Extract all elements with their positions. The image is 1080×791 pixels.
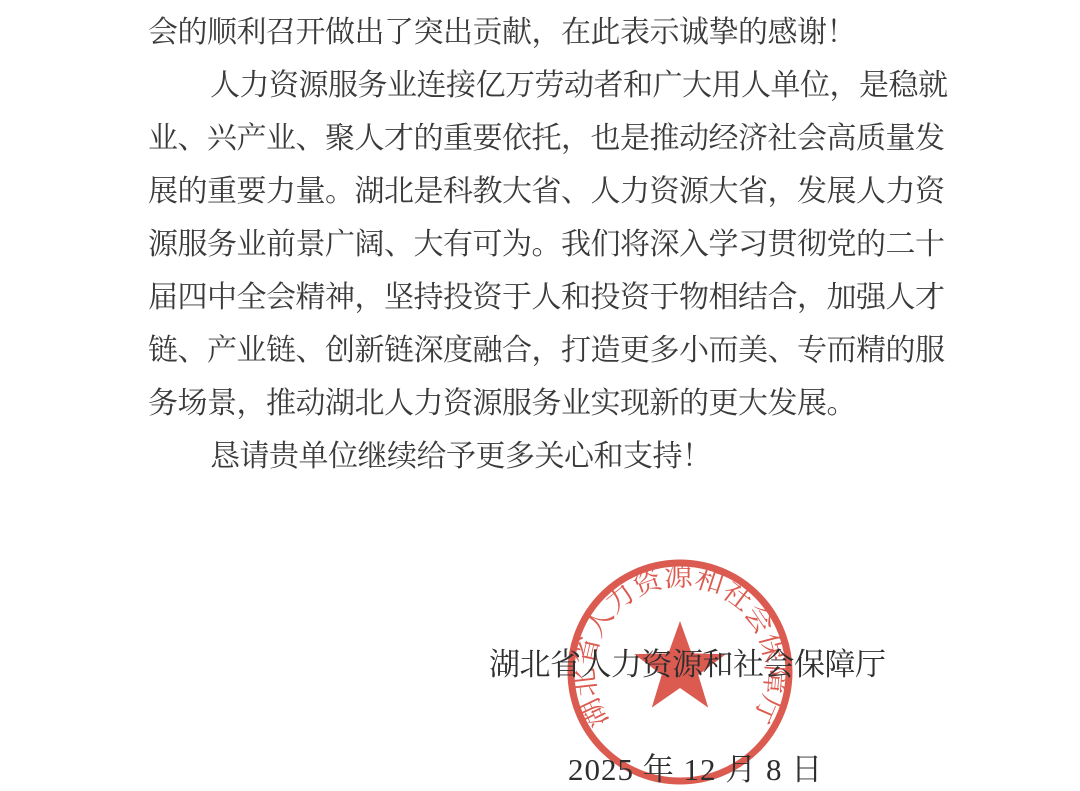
- text-line: 展的重要力量。湖北是科教大省、人力资源大省，发展人力资: [148, 165, 934, 218]
- text-line: 务场景，推动湖北人力资源服务业实现新的更大发展。: [148, 377, 934, 430]
- text-line: 链、产业链、创新链深度融合，打造更多小而美、专而精的服: [148, 324, 934, 377]
- letter-body: 会的顺利召开做出了突出贡献，在此表示诚挚的感谢！ 人力资源服务业连接亿万劳动者和…: [148, 6, 934, 483]
- letter-page: 会的顺利召开做出了突出贡献，在此表示诚挚的感谢！ 人力资源服务业连接亿万劳动者和…: [0, 0, 1080, 791]
- text-line: 人力资源服务业连接亿万劳动者和广大用人单位，是稳就: [148, 59, 934, 112]
- text-line: 恳请贵单位继续给予更多关心和支持！: [148, 430, 934, 483]
- text-line: 业、兴产业、聚人才的重要依托，也是推动经济社会高质量发: [148, 112, 934, 165]
- signature-line: 湖北省人力资源和社会保障厅: [489, 639, 886, 684]
- text-line: 会的顺利召开做出了突出贡献，在此表示诚挚的感谢！: [148, 6, 934, 59]
- text-line: 源服务业前景广阔、大有可为。我们将深入学习贯彻党的二十: [148, 218, 934, 271]
- date-line: 2025 年 12 月 8 日: [568, 744, 823, 789]
- text-line: 届四中全会精神，坚持投资于人和投资于物相结合，加强人才: [148, 271, 934, 324]
